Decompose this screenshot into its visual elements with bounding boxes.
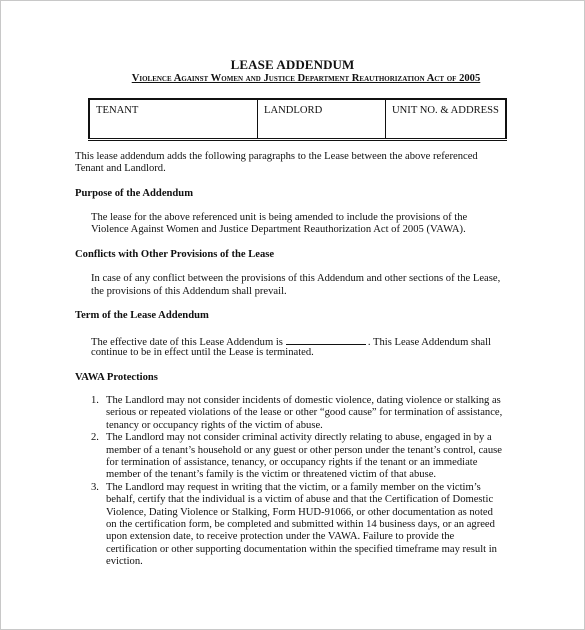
- list-item-line: behalf, certify that the individual is a…: [106, 494, 511, 506]
- list-item-line: upon extension date, to receive protecti…: [106, 531, 511, 543]
- list-item-line: The Landlord may not consider criminal a…: [106, 432, 511, 444]
- conflicts-line-1: In case of any conflict between the prov…: [91, 273, 500, 285]
- list-item-line: The Landlord may not consider incidents …: [106, 395, 511, 407]
- term-line-1-after: . This Lease Addendum shall: [368, 337, 491, 348]
- list-item-line: The Landlord may request in writing that…: [106, 482, 511, 494]
- list-item-line: member of the tenant’s family is the vic…: [106, 469, 511, 481]
- purpose-heading: Purpose of the Addendum: [75, 188, 193, 200]
- list-item-number: 1.: [91, 395, 99, 407]
- list-item-line: serious or repeated violations of the le…: [106, 407, 511, 419]
- list-item-line: Violence, Dating Violence or Stalking, F…: [106, 507, 511, 519]
- list-item-number: 2.: [91, 432, 99, 444]
- conflicts-heading: Conflicts with Other Provisions of the L…: [75, 249, 274, 261]
- document-subtitle: Violence Against Women and Justice Depar…: [91, 73, 521, 85]
- list-item: 1. The Landlord may not consider inciden…: [91, 395, 511, 432]
- list-item: 3. The Landlord may request in writing t…: [91, 482, 511, 569]
- landlord-cell[interactable]: LANDLORD: [258, 99, 386, 140]
- purpose-line-2: Violence Against Women and Justice Depar…: [91, 224, 466, 236]
- list-item-line: certification or other supporting docume…: [106, 544, 511, 556]
- list-item-number: 3.: [91, 482, 99, 494]
- party-table: TENANT LANDLORD UNIT NO. & ADDRESS: [88, 98, 507, 141]
- conflicts-line-2: the provisions of this Addendum shall pr…: [91, 286, 287, 298]
- unit-address-label: UNIT NO. & ADDRESS: [392, 105, 499, 116]
- document-title: LEASE ADDENDUM: [1, 59, 584, 71]
- list-item-line: for termination of assistance, tenancy, …: [106, 457, 511, 469]
- vawa-heading: VAWA Protections: [75, 372, 158, 384]
- intro-line-2: Tenant and Landlord.: [75, 163, 166, 175]
- tenant-label: TENANT: [96, 105, 138, 116]
- term-heading: Term of the Lease Addendum: [75, 310, 209, 322]
- unit-address-cell[interactable]: UNIT NO. & ADDRESS: [386, 99, 507, 140]
- list-item-line: eviction.: [106, 556, 511, 568]
- document-page: LEASE ADDENDUM Violence Against Women an…: [0, 0, 585, 630]
- purpose-line-1: The lease for the above referenced unit …: [91, 212, 467, 224]
- list-item-line: on the certification form, be completed …: [106, 519, 511, 531]
- vawa-protections-list: 1. The Landlord may not consider inciden…: [91, 395, 511, 569]
- list-item-line: member of a tenant’s household or any gu…: [106, 445, 511, 457]
- list-item-line: tenancy or occupancy rights of the victi…: [106, 420, 511, 432]
- effective-date-field[interactable]: [286, 335, 366, 345]
- tenant-cell[interactable]: TENANT: [89, 99, 258, 140]
- intro-line-1: This lease addendum adds the following p…: [75, 151, 478, 163]
- term-line-2: continue to be in effect until the Lease…: [91, 347, 314, 359]
- list-item: 2. The Landlord may not consider crimina…: [91, 432, 511, 482]
- landlord-label: LANDLORD: [264, 105, 322, 116]
